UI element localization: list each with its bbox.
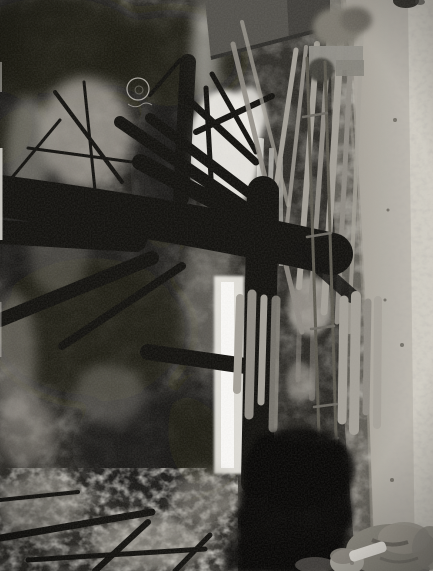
photograph xyxy=(0,0,433,571)
photo xyxy=(0,0,433,571)
vignette-overlay xyxy=(0,0,433,571)
